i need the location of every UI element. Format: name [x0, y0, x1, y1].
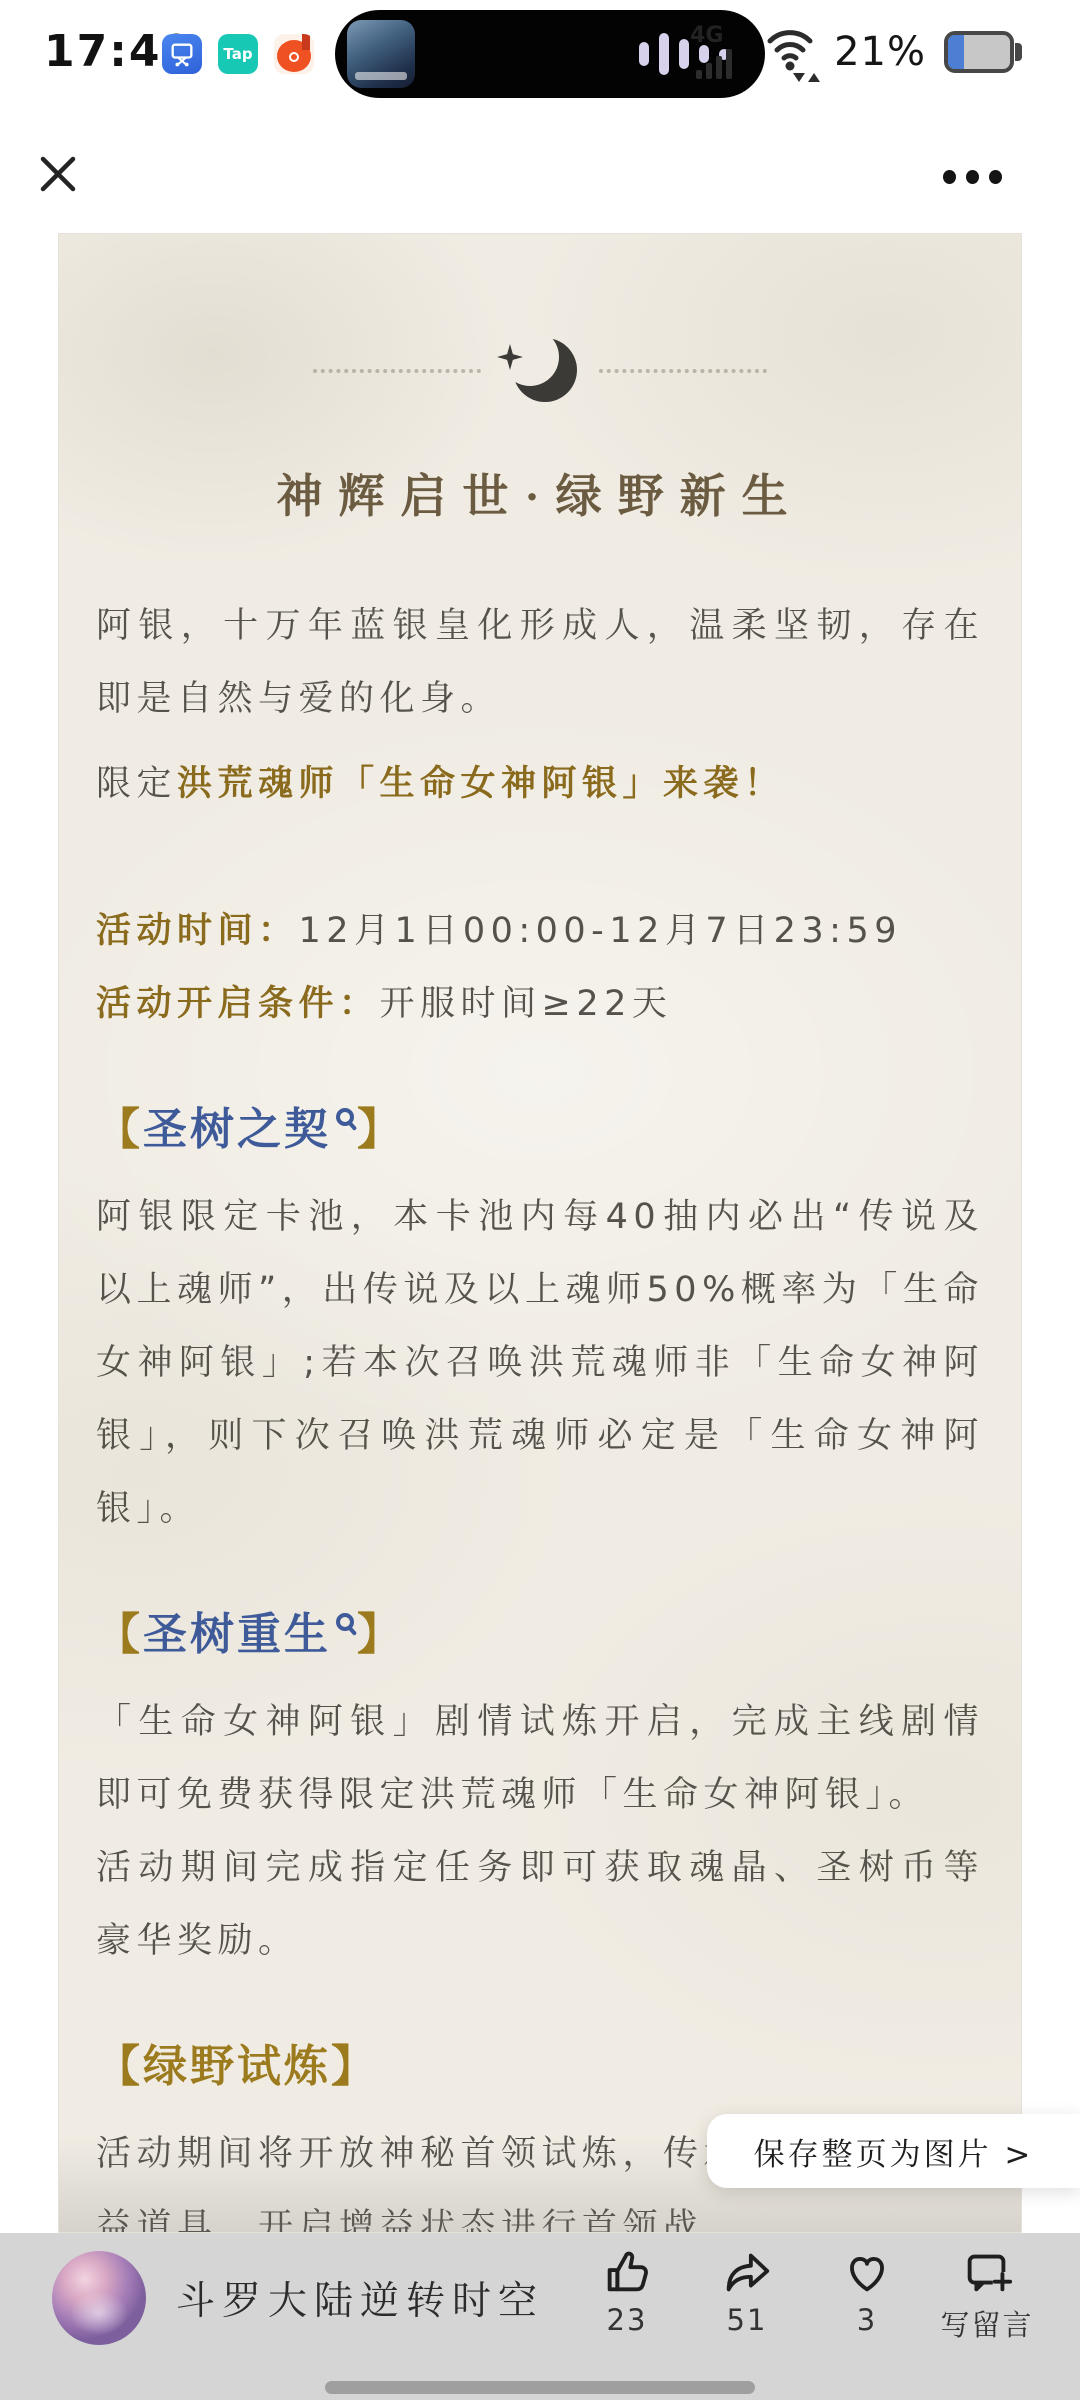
article-page-capture: 神辉启世·绿野新生 阿银，十万年蓝银皇化形成人，温柔坚韧，存在即是自然与爱的化身…	[58, 233, 1022, 2233]
more-options-icon	[943, 170, 956, 184]
magnifier-icon	[336, 1108, 354, 1126]
dotted-divider-right	[599, 369, 767, 373]
screenshot-app-icon	[162, 34, 202, 74]
section-holy-tree-rebirth: 【圣树重生】 「生命女神阿银」剧情试炼开启，完成主线剧情即可免费获得限定洪荒魂师…	[96, 1604, 984, 1978]
share-button[interactable]: 51	[688, 2245, 806, 2344]
announce-prefix: 限定	[96, 764, 177, 804]
battery-level-fill	[948, 35, 964, 69]
header-ornament	[96, 330, 984, 412]
event-condition-line: 活动开启条件：开服时间≥22天	[96, 968, 984, 1041]
section-paragraph: 活动期间完成指定任务即可获取魂晶、圣树币等豪华奖励。	[96, 1832, 984, 1978]
article-title: 神辉启世·绿野新生	[96, 460, 984, 526]
intro-block: 阿银，十万年蓝银皇化形成人，温柔坚韧，存在即是自然与爱的化身。 限定洪荒魂师「生…	[96, 590, 984, 821]
battery-icon	[944, 31, 1022, 73]
section-paragraph: 「生命女神阿银」剧情试炼开启，完成主线剧情即可免费获得限定洪荒魂师「生命女神阿银…	[96, 1686, 984, 1832]
comment-button[interactable]: 写留言	[928, 2245, 1046, 2344]
like-count: 23	[607, 2303, 648, 2337]
event-time-line: 活动时间：12月1日00:00-12月7日23:59	[96, 895, 984, 968]
data-traffic-arrows	[793, 73, 820, 82]
account-name: 斗罗大陆逆转时空	[176, 2270, 544, 2326]
avatar[interactable]	[52, 2251, 146, 2345]
close-button[interactable]	[34, 150, 82, 198]
section-heading: 【圣树之契】	[96, 1099, 984, 1161]
tomato-seed	[289, 52, 299, 62]
signal-bars-icon: 4G	[690, 23, 746, 81]
favorite-button[interactable]: 3	[808, 2245, 926, 2344]
announce-highlight: 洪荒魂师「生命女神阿银」来袭！	[177, 764, 785, 804]
thumbs-up-icon	[600, 2245, 654, 2299]
notification-app-icons: Tap	[162, 34, 314, 74]
bookmark-ribbon	[302, 34, 310, 50]
crescent-moon-icon	[503, 334, 577, 408]
section-heading-text: 圣树之契	[143, 1104, 331, 1155]
share-count: 51	[727, 2303, 768, 2337]
comment-icon	[960, 2245, 1014, 2299]
announce-line: 限定洪荒魂师「生命女神阿银」来袭！	[96, 748, 984, 821]
section-heading: 【绿野试炼】	[96, 2036, 984, 2098]
event-condition-value: 开服时间≥22天	[380, 984, 673, 1024]
account-row[interactable]: 斗罗大陆逆转时空	[52, 2251, 544, 2345]
taptap-label: Tap	[223, 45, 252, 63]
section-line: 益道具，开启增益状态进行首领战，	[96, 2191, 984, 2233]
like-button[interactable]: 23	[568, 2245, 686, 2344]
article-footer-bar: 斗罗大陆逆转时空 23 51 3	[0, 2233, 1080, 2400]
heart-icon	[840, 2245, 894, 2299]
event-time-value: 12月1日00:00-12月7日23:59	[299, 911, 902, 951]
save-page-as-image-button[interactable]: 保存整页为图片 >	[707, 2114, 1080, 2188]
section-heading-text: 圣树重生	[143, 1609, 331, 1660]
section-paragraph: 阿银限定卡池，本卡池内每40抽内必出“传说及以上魂师”，出传说及以上魂师50%概…	[96, 1181, 984, 1546]
section-heading: 【圣树重生】	[96, 1604, 984, 1666]
close-icon	[34, 150, 82, 198]
comment-label: 写留言	[940, 2303, 1033, 2344]
game-thumbnail	[347, 20, 415, 88]
event-schedule: 活动时间：12月1日00:00-12月7日23:59 活动开启条件：开服时间≥2…	[96, 895, 984, 1041]
status-indicators: 4G 21%	[690, 20, 1022, 84]
wifi-icon	[764, 24, 816, 80]
section-holy-tree-pact: 【圣树之契】 阿银限定卡池，本卡池内每40抽内必出“传说及以上魂师”，出传说及以…	[96, 1099, 984, 1546]
battery-percent: 21%	[834, 29, 926, 75]
section-heading-text: 绿野试炼	[143, 2041, 331, 2092]
event-condition-label: 活动开启条件：	[96, 984, 380, 1024]
dotted-divider-left	[313, 369, 481, 373]
top-navigation	[0, 110, 1080, 233]
home-indicator[interactable]	[325, 2381, 755, 2394]
status-bar: 17:49 Tap 4G	[0, 0, 1080, 110]
favorite-count: 3	[857, 2303, 877, 2337]
taptap-app-icon: Tap	[218, 34, 258, 74]
more-options-button[interactable]	[943, 170, 1002, 184]
event-time-label: 活动时间：	[96, 911, 299, 951]
magnifier-icon	[336, 1613, 354, 1631]
network-type: 4G	[690, 23, 723, 48]
share-icon	[720, 2245, 774, 2299]
tomato-novel-app-icon	[274, 34, 314, 74]
intro-text: 阿银，十万年蓝银皇化形成人，温柔坚韧，存在即是自然与爱的化身。	[96, 590, 984, 736]
action-buttons: 23 51 3 写留言	[568, 2245, 1046, 2344]
